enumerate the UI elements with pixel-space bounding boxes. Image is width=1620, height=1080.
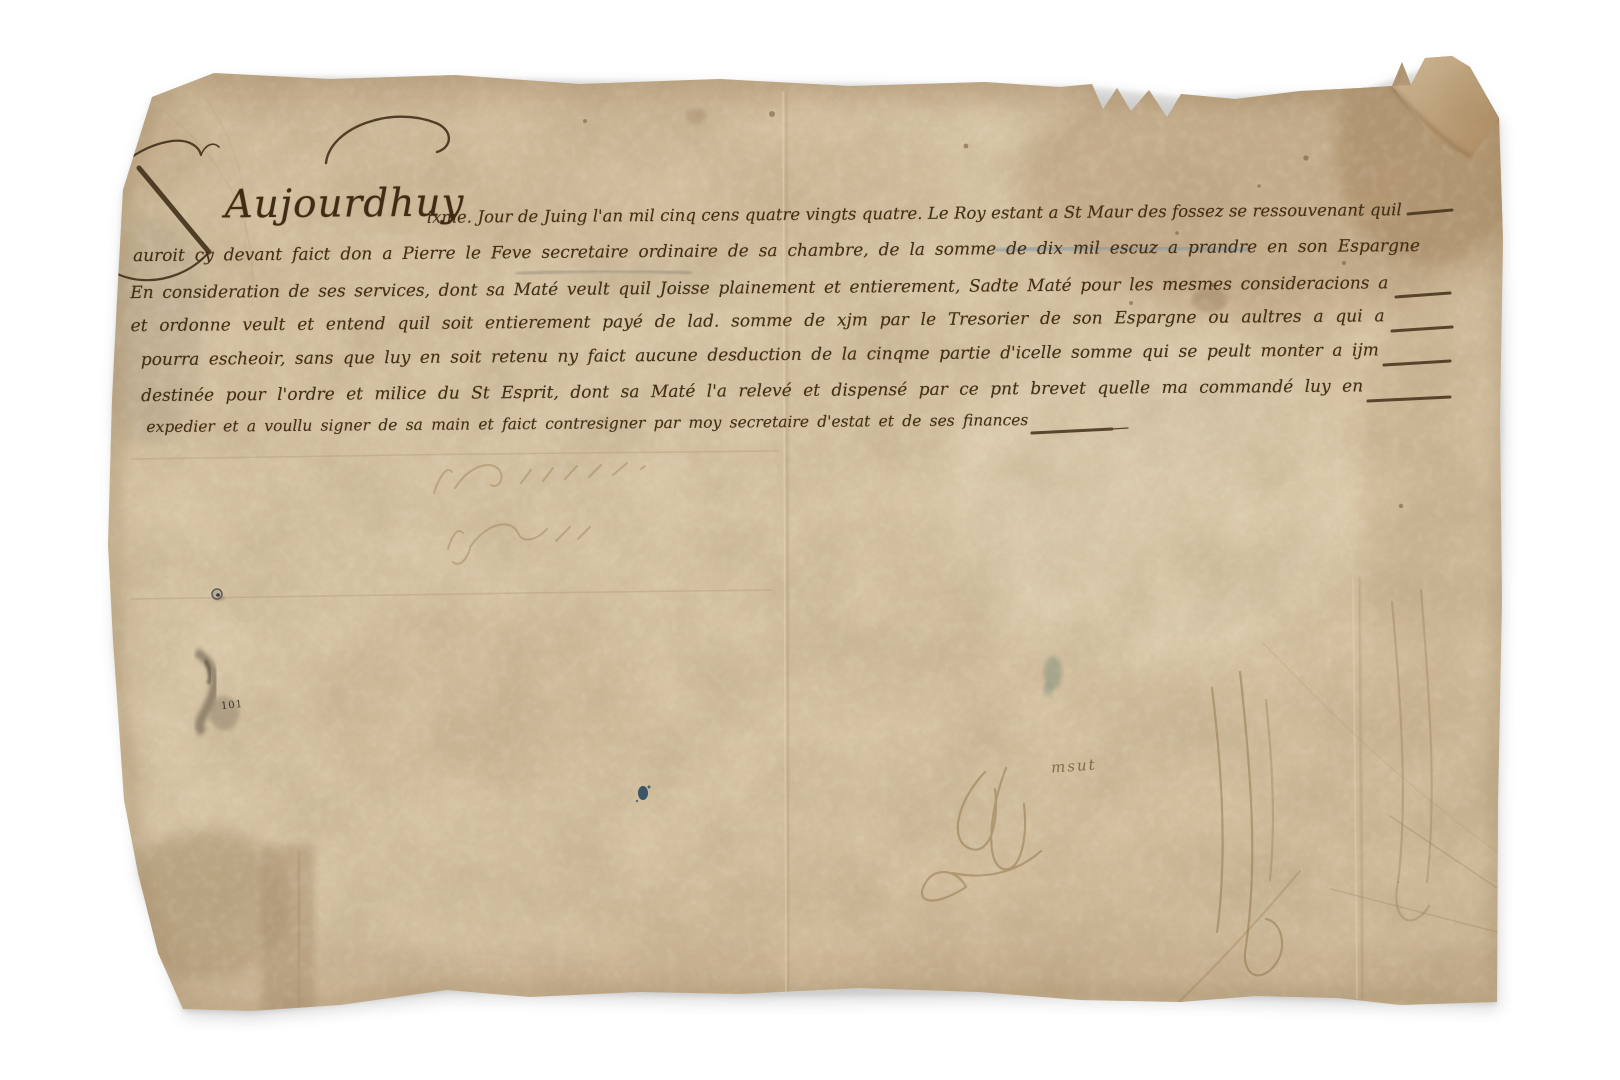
countersignature-fragment: msut [1050, 755, 1097, 776]
vellum-texture [90, 40, 1530, 1030]
parchment-art [0, 0, 1620, 1080]
manuscript-photo: Aujourdhuy ixme. Jour de Juing l'an mil … [0, 0, 1620, 1080]
collection-stamp-number: 101 [220, 699, 243, 712]
